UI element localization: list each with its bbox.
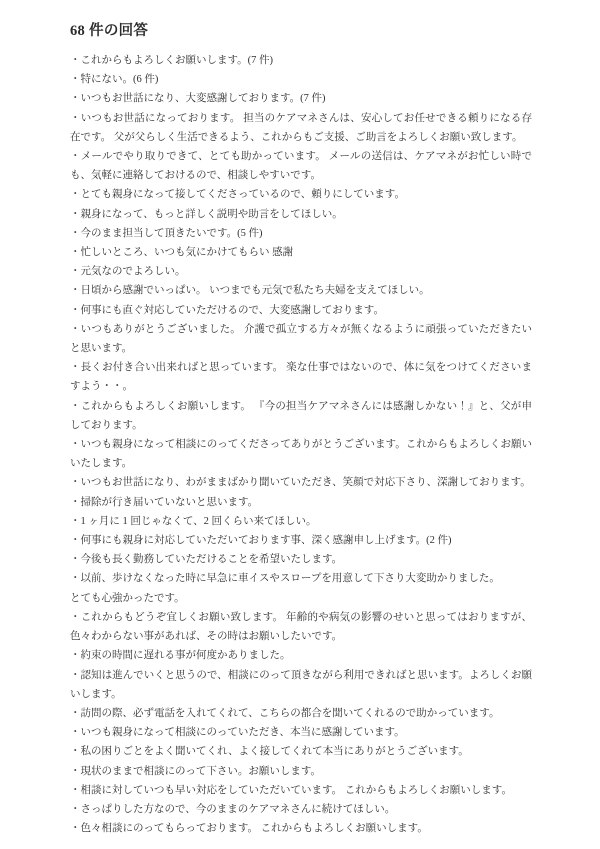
document-page: 68 件の回答 ・これからもよろしくお願いします。(7 件)・特にない。(6 件… bbox=[0, 0, 600, 849]
response-item: ・色々相談にのってもらっております。 これからもよろしくお願いします。 bbox=[70, 819, 532, 838]
response-item: ・いつもお世話になり、大変感謝しております。(7 件) bbox=[70, 89, 532, 108]
response-item: ・約束の時間に遅れる事が何度かありました。 bbox=[70, 646, 532, 665]
response-item: ・これからもどうぞ宜しくお願い致します。 年齢的や病気の影響のせいと思ってはおり… bbox=[70, 608, 532, 646]
response-item: ・いつもお世話になり、わがままばかり聞いていただき、笑顔で対応下さり、深謝してお… bbox=[70, 473, 532, 492]
response-item: ・現状のままで相談にのって下さい。お願いします。 bbox=[70, 762, 532, 781]
response-item: ・元気なのでよろしい。 bbox=[70, 262, 532, 281]
response-item: ・いつも親身になって相談にのっていただき、本当に感謝しています。 bbox=[70, 723, 532, 742]
response-item: ・これからもよろしくお願いします。(7 件) bbox=[70, 51, 532, 70]
response-item: ・特にない。(6 件) bbox=[70, 70, 532, 89]
response-count-heading: 68 件の回答 bbox=[70, 22, 532, 41]
response-item: ・さっぱりした方なので、今のままのケアマネさんに続けてほしい。 bbox=[70, 800, 532, 819]
response-item: ・何事にも直ぐ対応していただけるので、大変感謝しております。 bbox=[70, 301, 532, 320]
response-item: ・とても親身になって接してくださっているので、頼りにしています。 bbox=[70, 185, 532, 204]
response-item: ・いつもありがとうございました。 介護で孤立する方々が無くなるように頑張っていた… bbox=[70, 320, 532, 358]
response-item: ・私の困りごとをよく聞いてくれ、よく接してくれて本当にありがとうございます。 bbox=[70, 742, 532, 761]
response-item: ・認知は進んでいくと思うので、相談にのって頂きながら利用できればと思います。よろ… bbox=[70, 666, 532, 704]
response-item: ・1 ヶ月に 1 回じゃなくて、2 回くらい来てほしい。 bbox=[70, 512, 532, 531]
response-item: ・掃除が行き届いていないと思います。 bbox=[70, 493, 532, 512]
response-item: ・いつもお世話になっております。 担当のケアマネさんは、安心してお任せできる頼り… bbox=[70, 109, 532, 147]
response-item: ・今後も長く勤務していただけることを希望いたします。 bbox=[70, 550, 532, 569]
response-item: ・何事にも親身に対応していただいております事、深く感謝申し上げます。(2 件) bbox=[70, 531, 532, 550]
response-item: ・長くお付き合い出来ればと思っています。 楽な仕事ではないので、体に気をつけてく… bbox=[70, 358, 532, 396]
response-item: ・いつも親身になって相談にのってくださってありがとうございます。これからもよろし… bbox=[70, 435, 532, 473]
response-item: ・今のまま担当して頂きたいです。(5 件) bbox=[70, 224, 532, 243]
response-item: ・以前、歩けなくなった時に早急に車イスやスロープを用意して下さり大変助かりました… bbox=[70, 569, 532, 607]
response-item: ・メールでやり取りできて、とても助かっています。 メールの送信は、ケアマネがお忙… bbox=[70, 147, 532, 185]
responses-list: ・これからもよろしくお願いします。(7 件)・特にない。(6 件)・いつもお世話… bbox=[70, 51, 532, 838]
response-item: ・親身になって、もっと詳しく説明や助言をしてほしい。 bbox=[70, 205, 532, 224]
response-item: ・忙しいところ、いつも気にかけてもらい 感謝 bbox=[70, 243, 532, 262]
response-item: ・日頃から感謝でいっぱい。 いつまでも元気で私たち夫婦を支えてほしい。 bbox=[70, 281, 532, 300]
response-item: ・これからもよろしくお願いします。 『今の担当ケアマネさんには感謝しかない！』と… bbox=[70, 397, 532, 435]
response-item: ・相談に対していつも早い対応をしていただいています。 これからもよろしくお願いし… bbox=[70, 781, 532, 800]
response-item: ・訪問の際、必ず電話を入れてくれて、こちらの都合を聞いてくれるので助かっています… bbox=[70, 704, 532, 723]
